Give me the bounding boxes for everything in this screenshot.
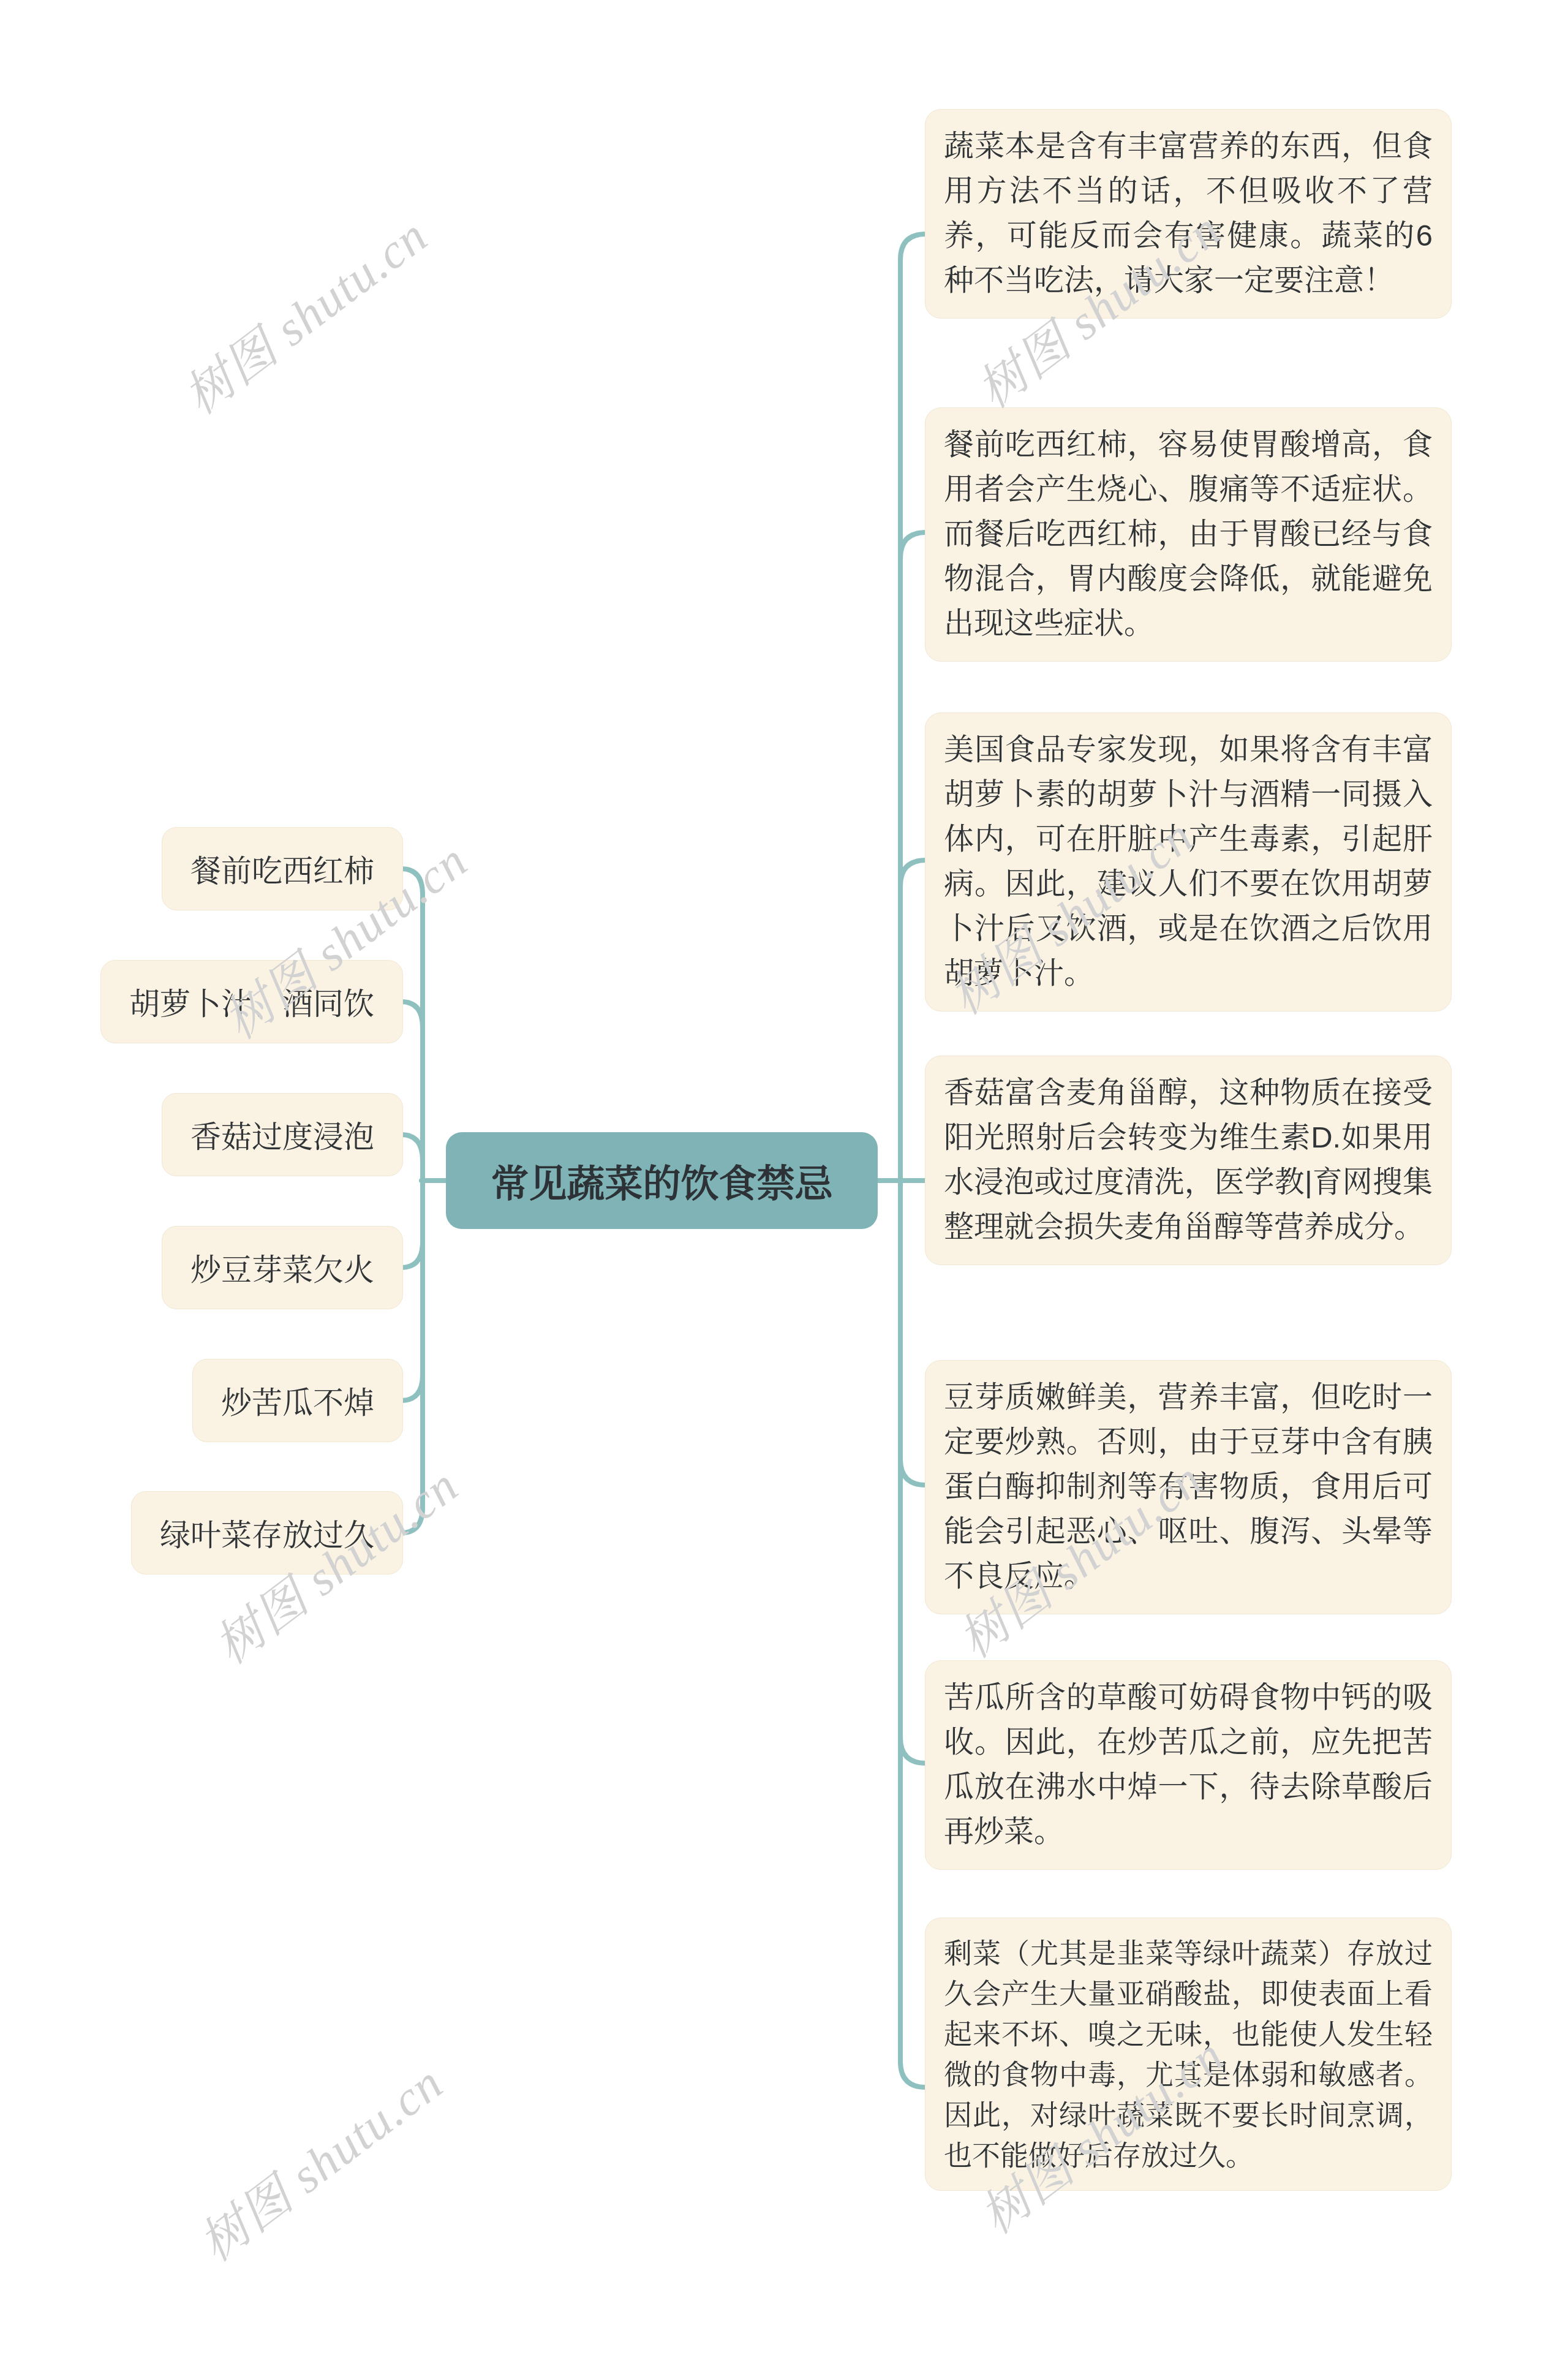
left-stub-branch2 [401, 1002, 423, 1027]
branch-node-tomato-before-meal[interactable]: 餐前吃西红柿 [162, 827, 403, 910]
branch-node-bean-sprouts-undercooked[interactable]: 炒豆芽菜欠火 [162, 1226, 403, 1309]
left-trunk-line [401, 869, 423, 1533]
left-stub-branch4 [401, 1242, 423, 1268]
mindmap-canvas: 常见蔬菜的饮食禁忌 餐前吃西红柿 胡萝卜汁、酒同饮 香菇过度浸泡 炒豆芽菜欠火 … [0, 0, 1568, 2363]
right-stub-note5 [900, 1459, 926, 1485]
branch-node-mushroom-oversoaking[interactable]: 香菇过度浸泡 [162, 1093, 403, 1176]
note-card-carrot-alcohol[interactable]: 美国食品专家发现，如果将含有丰富胡萝卜素的胡萝卜汁与酒精一同摄入体内，可在肝脏中… [925, 713, 1452, 1011]
note-card-bean-sprouts[interactable]: 豆芽质嫩鲜美，营养丰富，但吃时一定要炒熟。否则，由于豆芽中含有胰蛋白酶抑制剂等有… [925, 1360, 1452, 1614]
note-card-mushroom[interactable]: 香菇富含麦角甾醇，这种物质在接受阳光照射后会转变为维生素D.如果用水浸泡或过度清… [925, 1056, 1452, 1265]
branch-node-carrot-juice-with-alcohol[interactable]: 胡萝卜汁、酒同饮 [100, 960, 403, 1043]
note-card-intro[interactable]: 蔬菜本是含有丰富营养的东西，但食用方法不当的话，不但吸收不了营养，可能反而会有害… [925, 109, 1452, 319]
right-stub-note3 [900, 860, 926, 886]
root-topic-node[interactable]: 常见蔬菜的饮食禁忌 [446, 1132, 878, 1229]
left-stub-branch3 [401, 1135, 423, 1160]
right-stub-note6 [900, 1737, 926, 1763]
right-stub-note2 [900, 532, 926, 558]
right-trunk-line [900, 234, 926, 2087]
note-card-tomato[interactable]: 餐前吃西红柿，容易使胃酸增高，食用者会产生烧心、腹痛等不适症状。而餐后吃西红柿，… [925, 407, 1452, 662]
left-stub-branch5 [401, 1375, 423, 1401]
note-card-leftovers[interactable]: 剩菜（尤其是韭菜等绿叶蔬菜）存放过久会产生大量亚硝酸盐，即使表面上看起来不坏、嗅… [925, 1918, 1452, 2191]
note-card-bitter-gourd[interactable]: 苦瓜所含的草酸可妨碍食物中钙的吸收。因此，在炒苦瓜之前，应先把苦瓜放在沸水中焯一… [925, 1660, 1452, 1870]
branch-node-bitter-gourd-not-blanched[interactable]: 炒苦瓜不焯 [192, 1359, 403, 1442]
branch-node-leafy-greens-stored-too-long[interactable]: 绿叶菜存放过久 [131, 1491, 403, 1575]
